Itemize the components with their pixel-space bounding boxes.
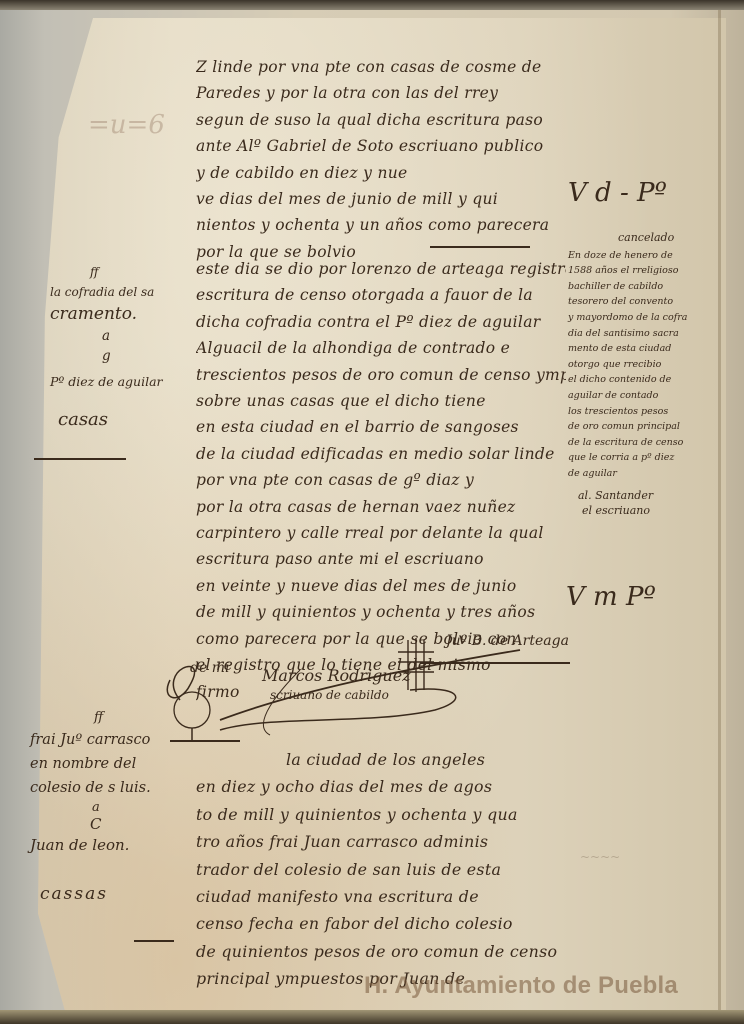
margin-connector: g xyxy=(50,346,180,366)
text-line: por la otra casas de hernan vaez nuñez xyxy=(196,494,566,520)
margin-note-left-2: ff frai Juº carrasco en nombre del coles… xyxy=(30,708,190,904)
page-fold xyxy=(718,10,721,1010)
text-line: la ciudad de los angeles xyxy=(196,746,566,773)
margin-connector: a xyxy=(30,800,190,816)
margin-line: En doze de henero de xyxy=(568,248,718,264)
text-line: escritura paso ante mi el escriuano xyxy=(196,546,566,572)
right-margin-signature: al. Santander xyxy=(568,488,718,504)
margin-line: los trescientos pesos xyxy=(568,404,718,420)
margin-note-left-1: ff la cofradia del sa cramento. a g Pº d… xyxy=(50,262,180,430)
margin-line: 1588 años el rreligioso xyxy=(568,263,718,279)
margin-mark: ff xyxy=(30,708,190,728)
margin-line: otorgo que rrecibio xyxy=(568,357,718,373)
cancel-heading: cancelado xyxy=(568,230,718,246)
text-line: en veinte y nueve dias del mes de junio xyxy=(196,573,566,599)
margin-line: el dicho contenido de xyxy=(568,372,718,388)
line-end-rule xyxy=(430,246,530,248)
margin-line: bachiller de cabildo xyxy=(568,279,718,295)
text-line: ciudad manifesto vna escritura de xyxy=(196,883,566,910)
text-line: y de cabildo en diez y nue xyxy=(196,160,566,186)
margin-line: mento de esta ciudad xyxy=(568,341,718,357)
marker-v-m-po: V m Pº xyxy=(566,582,656,612)
margin-line: de oro comun principal xyxy=(568,419,718,435)
text-line: trador del colesio de san luis de esta xyxy=(196,856,566,883)
archive-watermark: H. Ayuntamiento de Puebla xyxy=(364,972,678,1000)
margin-line: tesorero del convento xyxy=(568,294,718,310)
text-line: tro años frai Juan carrasco adminis xyxy=(196,828,566,855)
margin-line: colesio de s luis. xyxy=(30,776,190,800)
signature-flourish-icon xyxy=(150,630,590,740)
text-line: ante Alº Gabriel de Soto escriuano publi… xyxy=(196,133,566,159)
text-line: ve dias del mes de junio de mill y qui xyxy=(196,186,566,212)
margin-party: Juan de leon. xyxy=(30,832,190,858)
margin-subject: cassas xyxy=(30,884,190,904)
text-line: de quinientos pesos de oro comun de cens… xyxy=(196,938,566,965)
text-line: Z linde por vna pte con casas de cosme d… xyxy=(196,54,566,80)
top-edge-shadow xyxy=(0,0,744,10)
margin-party: Pº diez de aguilar xyxy=(50,372,180,392)
text-line: segun de suso la qual dicha escritura pa… xyxy=(196,107,566,133)
right-margin-signature: el escriuano xyxy=(568,503,718,519)
text-line: escritura de censo otorgada a fauor de l… xyxy=(196,282,566,308)
margin-line: aguilar de contado xyxy=(568,388,718,404)
margin-line: la cofradia del sa xyxy=(50,282,180,302)
text-line: Paredes y por la otra con las del rrey xyxy=(196,80,566,106)
faint-folio-number: =u=6 xyxy=(88,110,165,140)
main-text-block-3: la ciudad de los angeles en diez y ocho … xyxy=(196,746,566,993)
margin-line: en nombre del xyxy=(30,752,190,776)
text-line: carpintero y calle rreal por delante la … xyxy=(196,520,566,546)
bottom-edge-shadow xyxy=(0,1010,744,1024)
margin-rule xyxy=(34,458,126,460)
text-line: dicha cofradia contra el Pº diez de agui… xyxy=(196,309,566,335)
text-line: nientos y ochenta y un años como parecer… xyxy=(196,212,566,238)
text-line: de mill y quinientos y ochenta y tres añ… xyxy=(196,599,566,625)
margin-connector: a xyxy=(50,326,180,346)
text-line: este dia se dio por lorenzo de arteaga r… xyxy=(196,256,566,282)
text-line: to de mill y quinientos y ochenta y qua xyxy=(196,801,566,828)
text-line: en diez y ocho dias del mes de agos xyxy=(196,773,566,800)
margin-line: de la escritura de censo xyxy=(568,435,718,451)
text-line: en esta ciudad en el barrio de sangoses xyxy=(196,414,566,440)
text-line: sobre unas casas que el dicho tiene xyxy=(196,388,566,414)
margin-mark: ff xyxy=(50,262,180,282)
text-line: censo fecha en fabor del dicho colesio xyxy=(196,910,566,937)
margin-line: dia del santisimo sacra xyxy=(568,326,718,342)
marker-v-d-po: V d - Pº xyxy=(568,178,667,208)
margin-connector: C xyxy=(30,816,190,832)
margin-rule xyxy=(134,940,174,942)
margin-note-right: cancelado En doze de henero de 1588 años… xyxy=(568,230,718,519)
margin-line: frai Juº carrasco xyxy=(30,728,190,752)
main-text-block-1: Z linde por vna pte con casas de cosme d… xyxy=(196,54,566,265)
margin-subject: casas xyxy=(50,410,180,430)
bleed-through-text: ~~~~ xyxy=(580,850,620,864)
text-line: trescientos pesos de oro comun de censo … xyxy=(196,362,566,388)
margin-line: y mayordomo de la cofra xyxy=(568,310,718,326)
text-line: por vna pte con casas de gº diaz y xyxy=(196,467,566,493)
margin-line: de aguilar xyxy=(568,466,718,482)
margin-line: que le corria a pº diez xyxy=(568,450,718,466)
text-line: de la ciudad edificadas en medio solar l… xyxy=(196,441,566,467)
text-line: Alguacil de la alhondiga de contrado e xyxy=(196,335,566,361)
margin-line: cramento. xyxy=(50,302,180,326)
